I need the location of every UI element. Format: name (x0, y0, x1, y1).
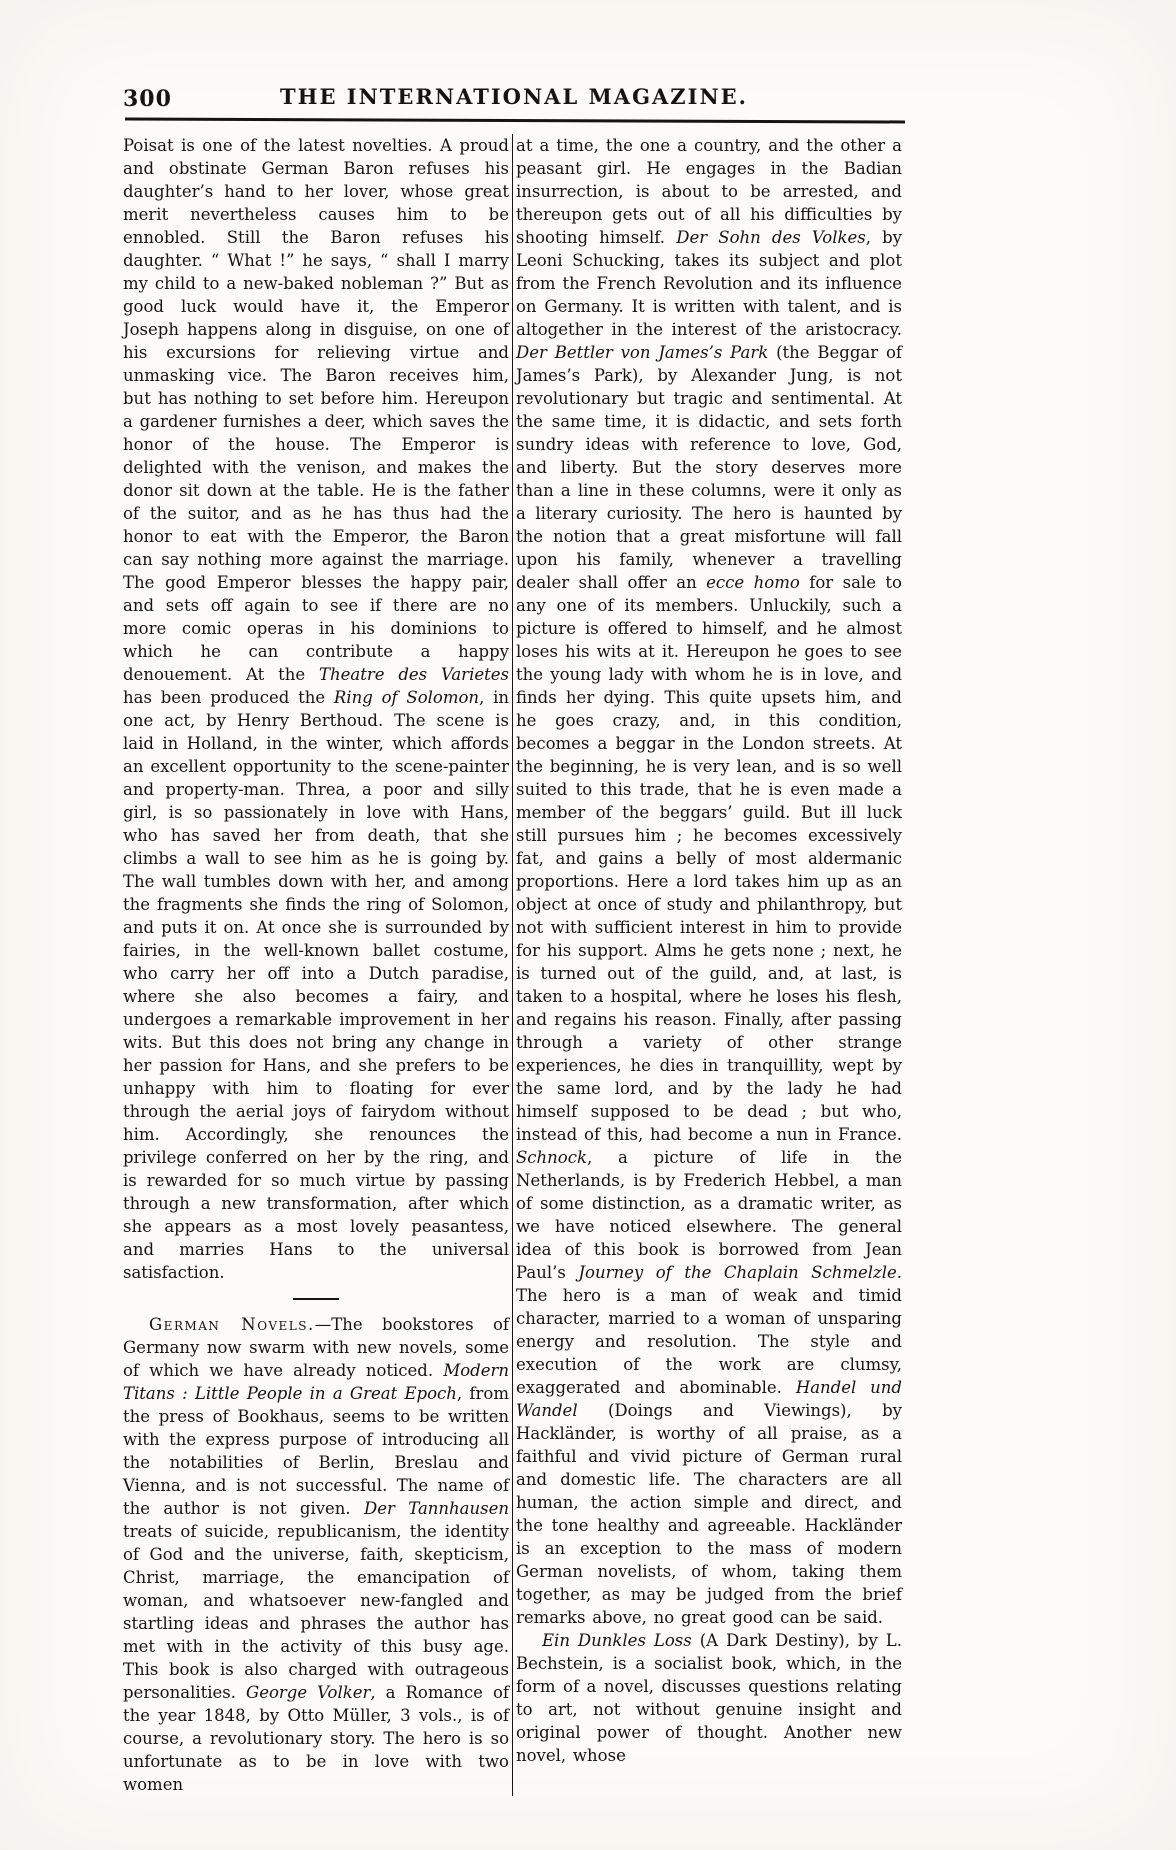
text-segment-italic: Der Tannhausen (364, 1499, 509, 1518)
text-segment-italic: Ein Dunkles Loss (542, 1631, 692, 1650)
german-novels-continuation-paragraph: at a time, the one a country, and the ot… (516, 134, 902, 1629)
page-number: 300 (123, 86, 172, 112)
text-segment: treats of suicide, republicanism, the id… (123, 1522, 509, 1702)
text-segment-italic: Der Bettler von James’s Park (516, 343, 768, 362)
magazine-title: THE INTERNATIONAL MAGAZINE. (123, 84, 905, 109)
text-segment-italic: Theatre des Varietes (319, 665, 509, 684)
text-segment-smallcaps: German Novels. (149, 1315, 315, 1334)
text-segment-italic: Der Sohn des Volkes (676, 228, 866, 247)
text-segment: for sale to any one of its members. Unlu… (516, 573, 902, 1144)
section-divider (293, 1298, 339, 1300)
text-segment: (the Beggar of James’s Park), by Alexand… (516, 343, 902, 592)
right-column: at a time, the one a country, and the ot… (516, 134, 902, 1796)
text-segment: has been produced the (123, 688, 334, 707)
text-segment-italic: George Volker (246, 1683, 370, 1702)
text-segment-italic: Ring of Solomon (334, 688, 479, 707)
magazine-page: 300 THE INTERNATIONAL MAGAZINE. Poisat i… (0, 0, 1176, 1850)
text-segment: , in one act, by Henry Berthoud. The sce… (123, 688, 509, 1282)
text-segment-italic: Schnock (516, 1148, 587, 1167)
text-segment: (Doings and Viewings), by Hackländer, is… (516, 1401, 902, 1627)
german-novels-paragraph: German Novels.—The bookstores of Germany… (123, 1313, 509, 1796)
text-segment: Poisat is one of the latest novelties. A… (123, 136, 509, 684)
text-segment-italic: ecce homo (706, 573, 800, 592)
page-header: 300 THE INTERNATIONAL MAGAZINE. (123, 84, 905, 118)
poisat-review-paragraph: Poisat is one of the latest novelties. A… (123, 134, 509, 1284)
left-column: Poisat is one of the latest novelties. A… (123, 134, 509, 1796)
ein-dunkles-loss-paragraph: Ein Dunkles Loss (A Dark Destiny), by L.… (516, 1629, 902, 1767)
text-segment: , from the press of Bookhaus, seems to b… (123, 1384, 509, 1518)
header-rule (125, 118, 905, 124)
text-segment: , a picture of life in the Netherlands, … (516, 1148, 902, 1282)
text-columns: Poisat is one of the latest novelties. A… (123, 134, 905, 1796)
column-divider-rule (512, 134, 513, 1796)
text-segment-italic: Journey of the Chaplain Schmelzle. (578, 1263, 902, 1282)
text-segment: (A Dark Destiny), by L. Bechstein, is a … (516, 1631, 902, 1765)
